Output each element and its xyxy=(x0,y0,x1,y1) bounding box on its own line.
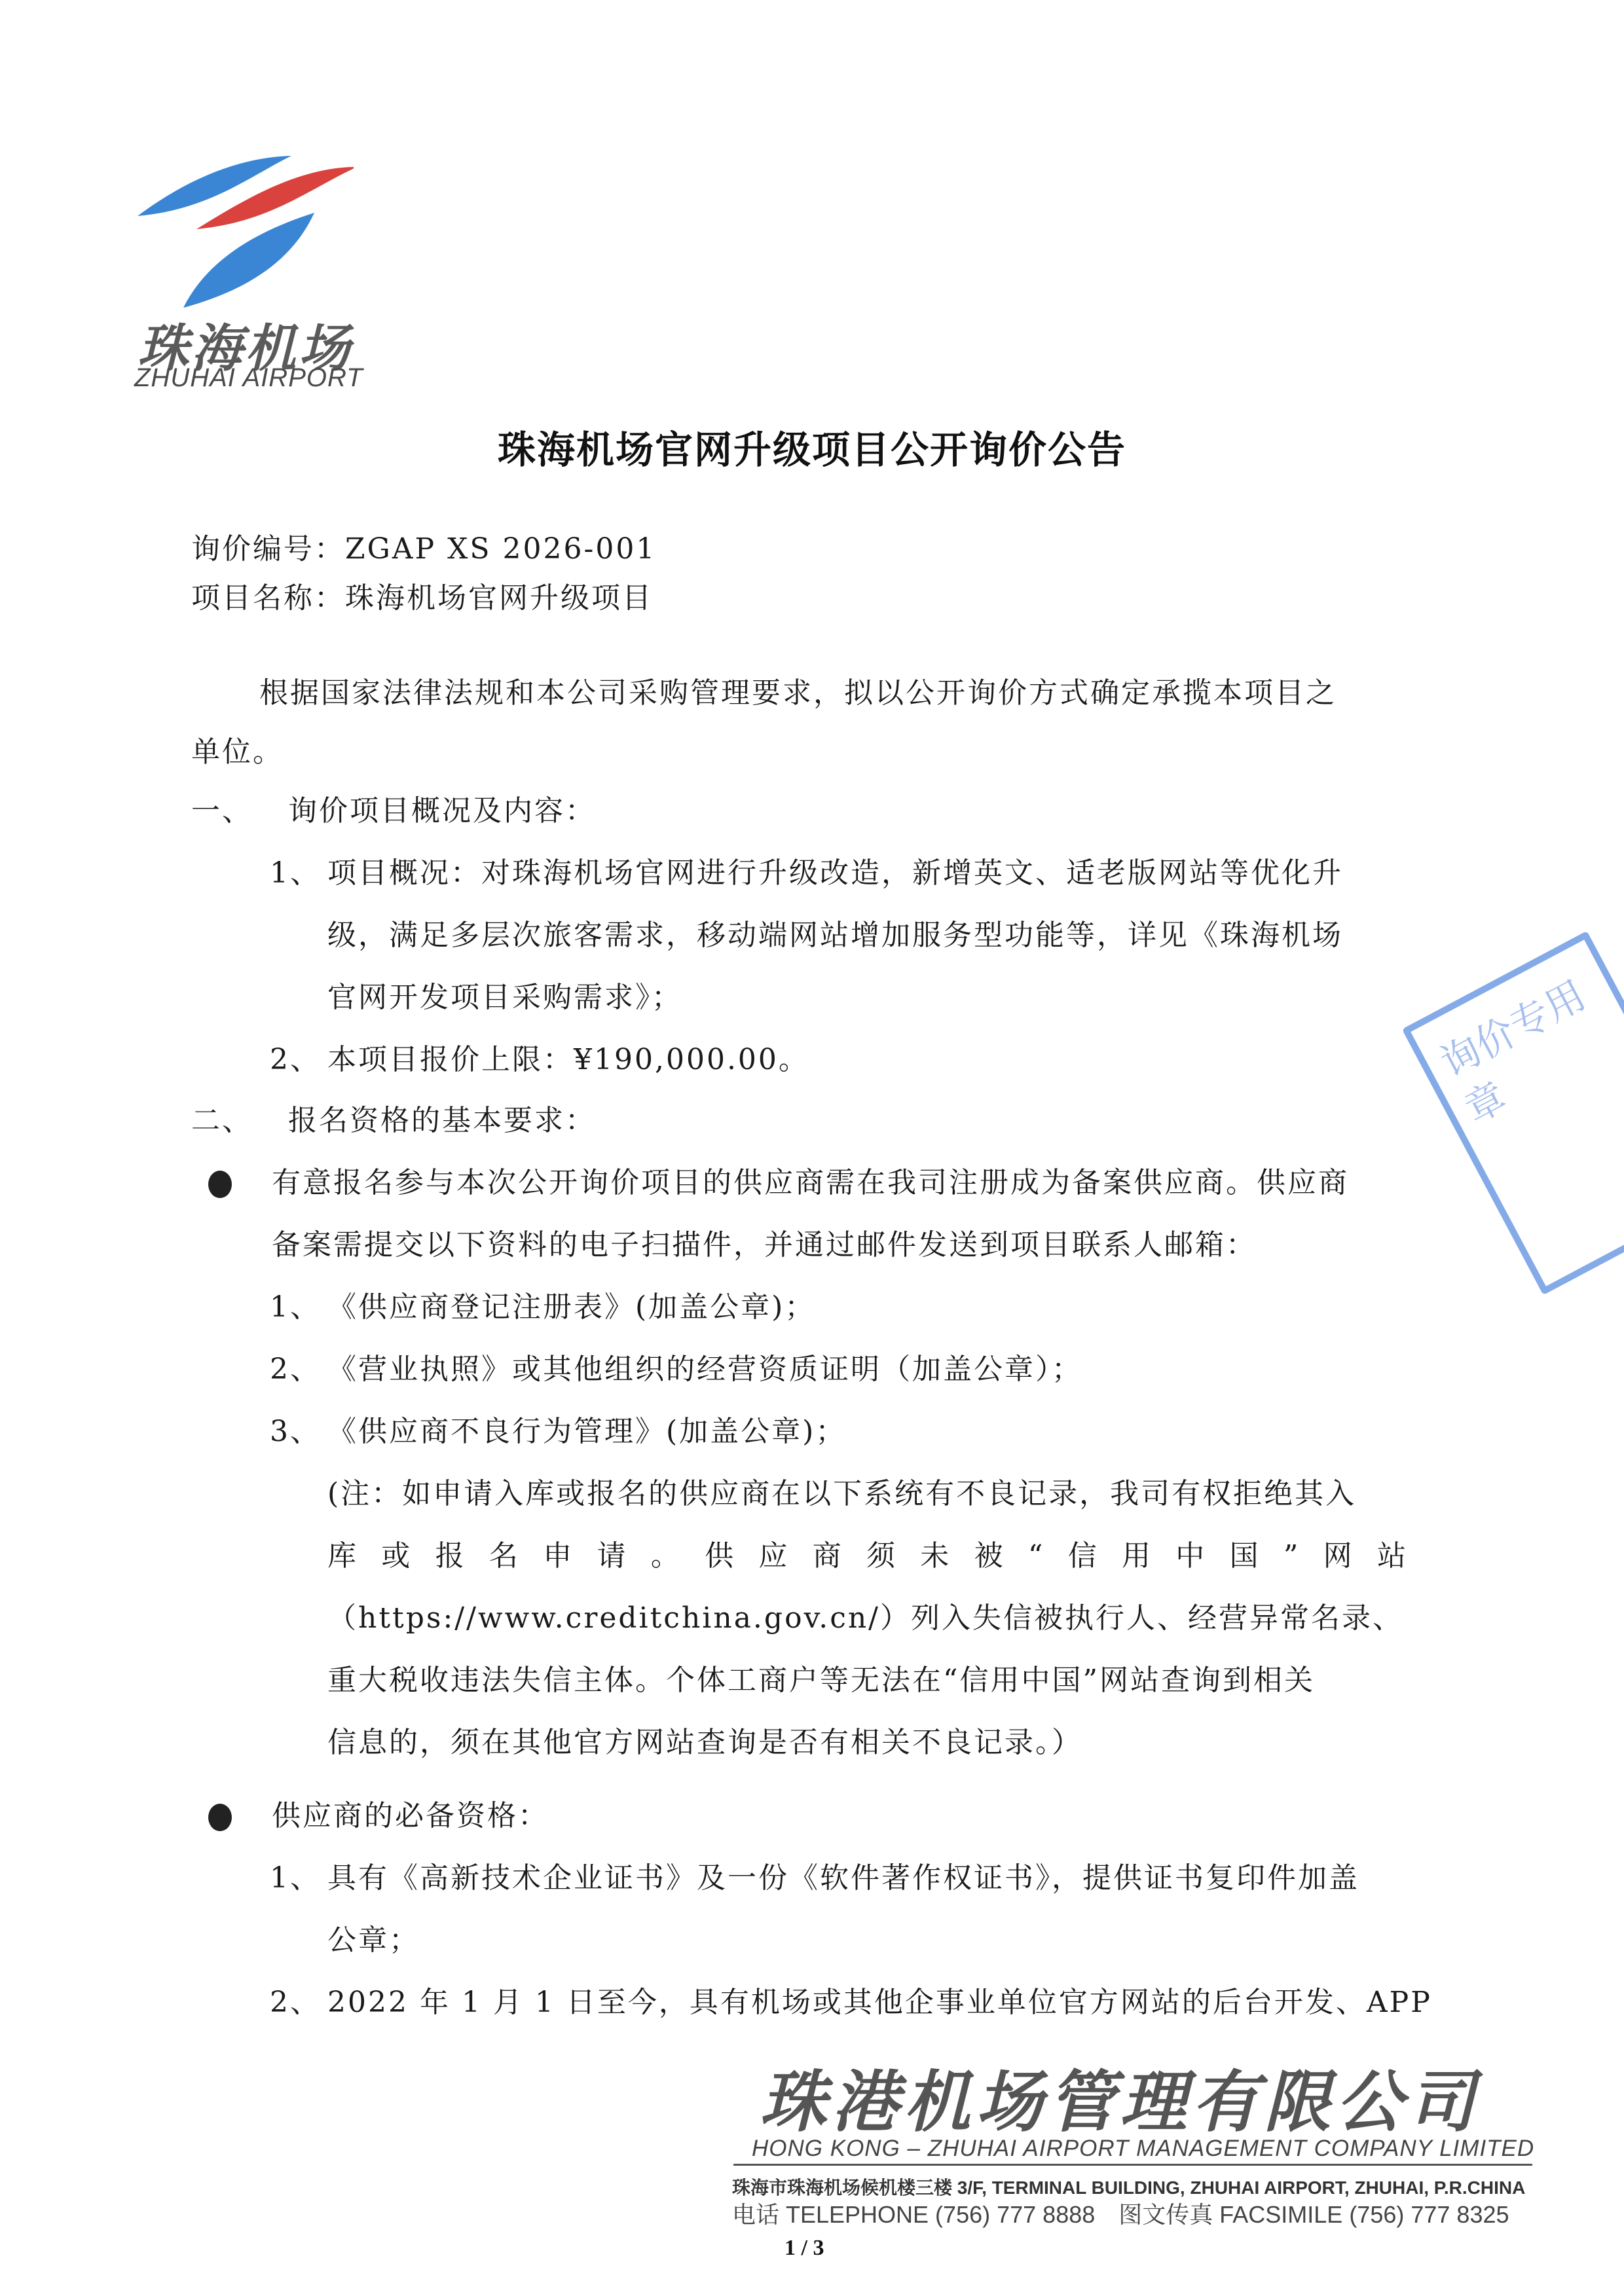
logo-name-en: ZHUHAI AIRPORT xyxy=(134,363,363,393)
inquiry-number-row: 询价编号：ZGAP XS 2026-001 xyxy=(191,530,656,568)
logo-wings-icon xyxy=(131,137,354,308)
section-2-number: 二、 xyxy=(191,1102,253,1140)
section-1-heading: 询价项目概况及内容： xyxy=(288,792,596,830)
note-line-1: (注：如申请入库或报名的供应商在以下系统有不良记录，我司有权拒绝其入 xyxy=(327,1475,1356,1513)
b2-item-1-line-1: 具有《高新技术企业证书》及一份《软件著作权证书》，提供证书复印件加盖 xyxy=(327,1859,1359,1897)
note-line-2: 库或报名申请。供应商须未被“信用中国”网站 xyxy=(327,1537,1408,1575)
b1-item-2-text: 《营业执照》或其他组织的经营资质证明（加盖公章）； xyxy=(327,1351,1082,1389)
footer-divider xyxy=(733,2164,1532,2166)
s1-item-1-number: 1、 xyxy=(270,854,321,892)
b2-item-1-line-2: 公章； xyxy=(327,1922,420,1959)
b2-item-2-line-1: 2022 年 1 月 1 日至今，具有机场或其他企事业单位官方网站的后台开发、A… xyxy=(327,1984,1432,2022)
inquiry-number-label: 询价编号： xyxy=(191,532,345,566)
note-line-5: 信息的，须在其他官方网站查询是否有相关不良记录。） xyxy=(327,1724,1082,1762)
b1-item-3-text: 《供应商不良行为管理》(加盖公章)； xyxy=(327,1413,846,1451)
b1-item-1-number: 1、 xyxy=(270,1288,321,1326)
footer-address: 珠海市珠海机场候机楼三楼 3/F, TERMINAL BUILDING, ZHU… xyxy=(732,2174,1525,2200)
footer-company-name-cn: 珠港机场管理有限公司 xyxy=(760,2049,1480,2145)
note-line-4: 重大税收违法失信主体。个体工商户等无法在“信用中国”网站查询到相关 xyxy=(327,1662,1315,1700)
s1-item-1-line-1: 项目概况：对珠海机场官网进行升级改造，新增英文、适老版网站等优化升 xyxy=(327,854,1343,892)
project-name-row: 项目名称：珠海机场官网升级项目 xyxy=(191,579,653,617)
intro-line-1: 根据国家法律法规和本公司采购管理要求，拟以公开询价方式确定承揽本项目之 xyxy=(259,674,1337,712)
section-2-heading: 报名资格的基本要求： xyxy=(288,1102,596,1140)
note-line-3: （https://www.creditchina.gov.cn/）列入失信被执行… xyxy=(327,1599,1403,1637)
page-number: 1 / 3 xyxy=(784,2236,824,2261)
s1-item-2-number: 2、 xyxy=(270,1041,321,1079)
bullet-1-line-1: 有意报名参与本次公开询价项目的供应商需在我司注册成为备案供应商。供应商 xyxy=(272,1164,1349,1202)
b2-item-2-number: 2、 xyxy=(270,1984,321,2022)
b1-item-1-text: 《供应商登记注册表》(加盖公章)； xyxy=(327,1288,815,1326)
project-name: 珠海机场官网升级项目 xyxy=(345,581,653,615)
stamp-text: 询价专用章 xyxy=(1411,939,1624,1159)
b1-item-3-number: 3、 xyxy=(270,1413,321,1451)
s1-item-1-line-3: 官网开发项目采购需求》； xyxy=(327,979,682,1017)
document-title: 珠海机场官网升级项目公开询价公告 xyxy=(0,419,1624,474)
footer-company-name-en: HONG KONG – ZHUHAI AIRPORT MANAGEMENT CO… xyxy=(752,2136,1534,2162)
inquiry-number: ZGAP XS 2026-001 xyxy=(345,532,656,566)
project-name-label: 项目名称： xyxy=(191,581,345,615)
bullet-1-line-2: 备案需提交以下资料的电子扫描件，并通过邮件发送到项目联系人邮箱： xyxy=(272,1226,1257,1264)
b2-item-1-number: 1、 xyxy=(270,1859,321,1897)
s1-item-1-line-2: 级，满足多层次旅客需求，移动端网站增加服务型功能等，详见《珠海机场 xyxy=(327,917,1343,955)
footer-contact: 电话 TELEPHONE (756) 777 8888图文传真 FACSIMIL… xyxy=(732,2196,1509,2230)
bullet-icon xyxy=(208,1171,232,1198)
bullet-2-heading: 供应商的必备资格： xyxy=(272,1797,549,1835)
bullet-icon xyxy=(208,1804,232,1831)
section-1-number: 一、 xyxy=(191,792,253,830)
s1-item-2-text: 本项目报价上限：¥190,000.00。 xyxy=(327,1041,809,1079)
footer-telephone: 电话 TELEPHONE (756) 777 8888 xyxy=(732,2201,1095,2228)
footer-facsimile: 图文传真 FACSIMILE (756) 777 8325 xyxy=(1118,2201,1509,2228)
intro-line-2: 单位。 xyxy=(191,733,284,771)
company-seal-stamp: 询价专用章 xyxy=(1402,931,1624,1295)
b1-item-2-number: 2、 xyxy=(270,1351,321,1389)
